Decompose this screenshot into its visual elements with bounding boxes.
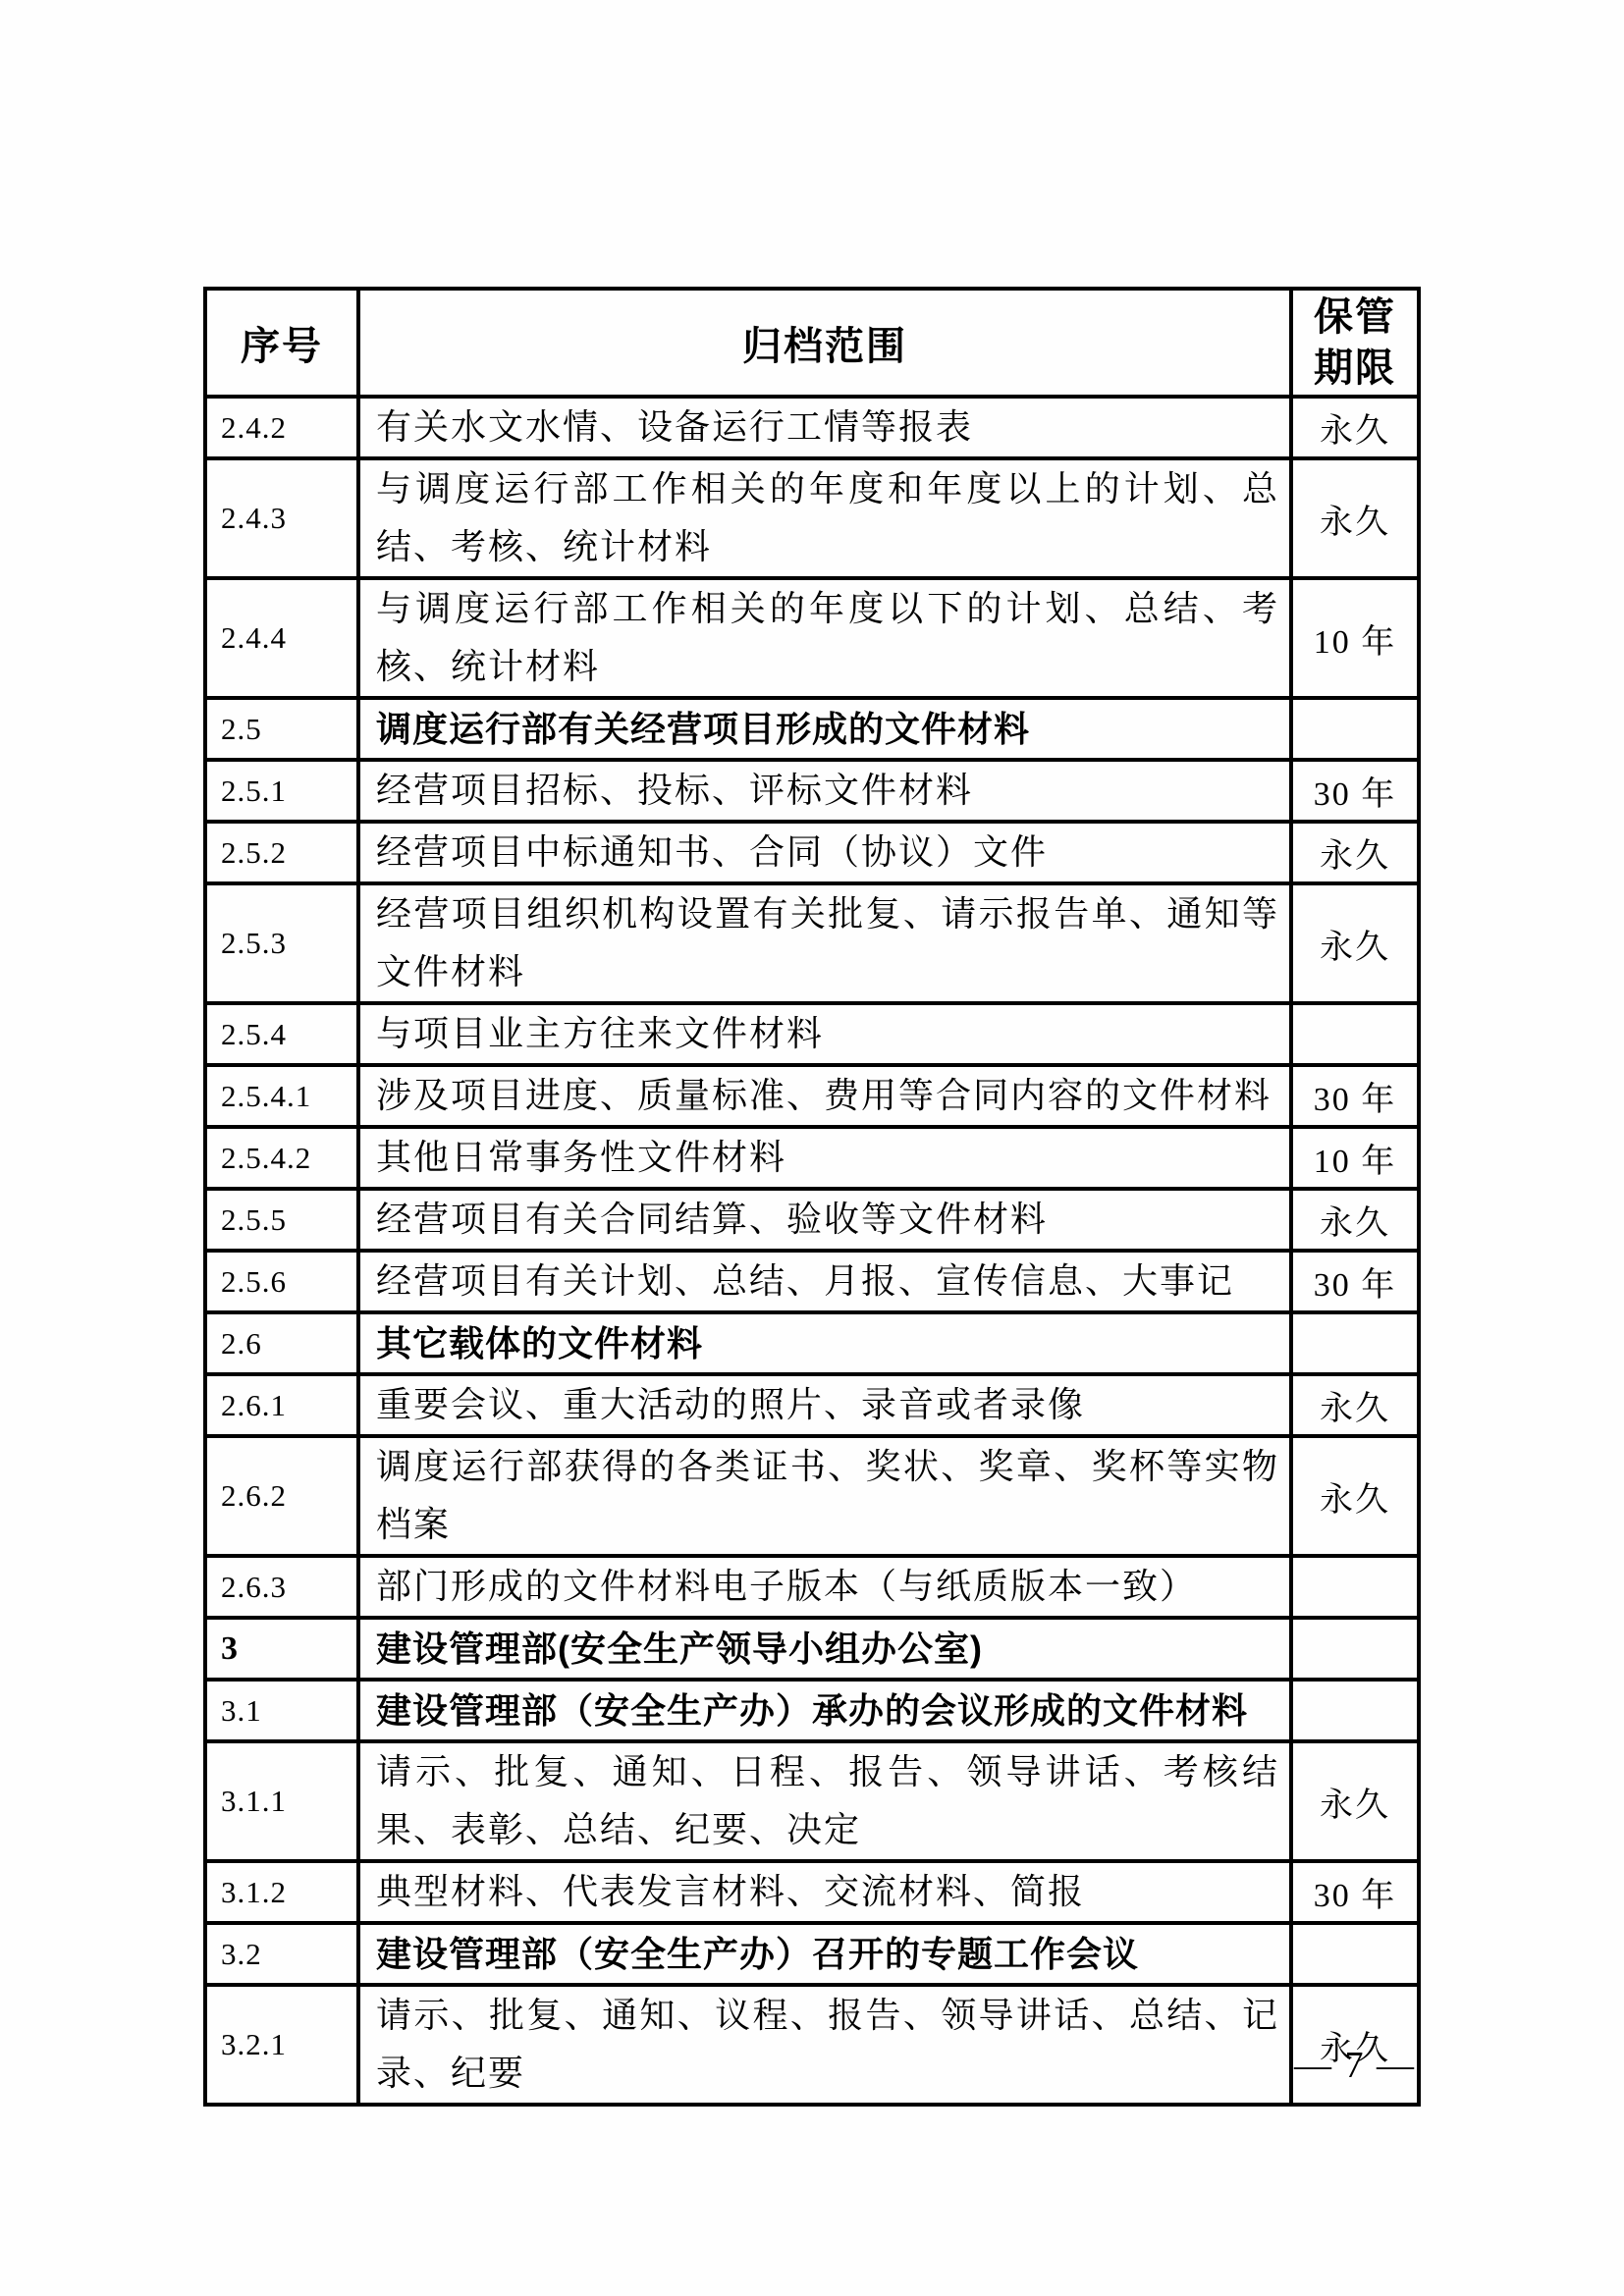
cell-serial-number: 3.1.2 — [205, 1861, 358, 1923]
table-row: 2.4.3与调度运行部工作相关的年度和年度以上的计划、总结、考核、统计材料永久 — [205, 458, 1419, 578]
cell-serial-number: 2.5.4.2 — [205, 1127, 358, 1189]
table-row: 2.5.3经营项目组织机构设置有关批复、请示报告单、通知等文件材料永久 — [205, 883, 1419, 1003]
cell-archive-scope: 部门形成的文件材料电子版本（与纸质版本一致） — [358, 1556, 1291, 1618]
cell-retention-period: 10 年 — [1291, 578, 1419, 698]
cell-retention-period — [1291, 1618, 1419, 1680]
cell-serial-number: 2.5 — [205, 698, 358, 760]
table-row: 3.2建设管理部（安全生产办）召开的专题工作会议 — [205, 1923, 1419, 1985]
cell-retention-period — [1291, 1923, 1419, 1985]
cell-serial-number: 2.5.3 — [205, 883, 358, 1003]
table-body: 2.4.2有关水文水情、设备运行工情等报表永久2.4.3与调度运行部工作相关的年… — [205, 397, 1419, 2105]
cell-archive-scope: 经营项目有关计划、总结、月报、宣传信息、大事记 — [358, 1251, 1291, 1312]
cell-retention-period: 永久 — [1291, 458, 1419, 578]
table-row: 2.6.1重要会议、重大活动的照片、录音或者录像永久 — [205, 1374, 1419, 1436]
cell-retention-period: 永久 — [1291, 1374, 1419, 1436]
cell-retention-period — [1291, 698, 1419, 760]
cell-serial-number: 3.1.1 — [205, 1741, 358, 1861]
cell-serial-number: 3.2.1 — [205, 1985, 358, 2105]
cell-serial-number: 3.1 — [205, 1680, 358, 1741]
table-header-row: 序号 归档范围 保管期限 — [205, 289, 1419, 397]
cell-retention-period: 30 年 — [1291, 1251, 1419, 1312]
document-page: 序号 归档范围 保管期限 2.4.2有关水文水情、设备运行工情等报表永久2.4.… — [0, 0, 1624, 2296]
cell-archive-scope: 建设管理部（安全生产办）召开的专题工作会议 — [358, 1923, 1291, 1985]
table-row: 3建设管理部(安全生产领导小组办公室) — [205, 1618, 1419, 1680]
cell-retention-period — [1291, 1556, 1419, 1618]
cell-serial-number: 2.4.4 — [205, 578, 358, 698]
cell-retention-period: 30 年 — [1291, 1065, 1419, 1127]
cell-archive-scope: 请示、批复、通知、议程、报告、领导讲话、总结、记录、纪要 — [358, 1985, 1291, 2105]
table-row: 2.5.4与项目业主方往来文件材料 — [205, 1003, 1419, 1065]
header-retention-period-text: 保管期限 — [1308, 292, 1402, 394]
page-number: — 7 — — [1267, 2044, 1443, 2087]
cell-retention-period: 永久 — [1291, 397, 1419, 458]
cell-retention-period: 30 年 — [1291, 1861, 1419, 1923]
table-row: 3.1.1请示、批复、通知、日程、报告、领导讲话、考核结果、表彰、总结、纪要、决… — [205, 1741, 1419, 1861]
cell-retention-period — [1291, 1003, 1419, 1065]
cell-retention-period — [1291, 1680, 1419, 1741]
cell-retention-period: 30 年 — [1291, 760, 1419, 822]
table-row: 2.6.3部门形成的文件材料电子版本（与纸质版本一致） — [205, 1556, 1419, 1618]
table-row: 3.1建设管理部（安全生产办）承办的会议形成的文件材料 — [205, 1680, 1419, 1741]
cell-serial-number: 2.5.4 — [205, 1003, 358, 1065]
cell-serial-number: 3 — [205, 1618, 358, 1680]
cell-archive-scope: 调度运行部有关经营项目形成的文件材料 — [358, 698, 1291, 760]
cell-retention-period: 永久 — [1291, 1189, 1419, 1251]
cell-serial-number: 2.5.5 — [205, 1189, 358, 1251]
cell-archive-scope: 重要会议、重大活动的照片、录音或者录像 — [358, 1374, 1291, 1436]
cell-serial-number: 2.5.6 — [205, 1251, 358, 1312]
table-row: 3.2.1请示、批复、通知、议程、报告、领导讲话、总结、记录、纪要永久 — [205, 1985, 1419, 2105]
header-serial-number: 序号 — [205, 289, 358, 397]
table-row: 2.6.2调度运行部获得的各类证书、奖状、奖章、奖杯等实物档案永久 — [205, 1436, 1419, 1556]
cell-serial-number: 2.5.1 — [205, 760, 358, 822]
table-row: 2.5.5经营项目有关合同结算、验收等文件材料永久 — [205, 1189, 1419, 1251]
cell-archive-scope: 典型材料、代表发言材料、交流材料、简报 — [358, 1861, 1291, 1923]
cell-serial-number: 2.6.1 — [205, 1374, 358, 1436]
cell-archive-scope: 调度运行部获得的各类证书、奖状、奖章、奖杯等实物档案 — [358, 1436, 1291, 1556]
cell-archive-scope: 涉及项目进度、质量标准、费用等合同内容的文件材料 — [358, 1065, 1291, 1127]
table-row: 2.5.4.1涉及项目进度、质量标准、费用等合同内容的文件材料30 年 — [205, 1065, 1419, 1127]
cell-serial-number: 3.2 — [205, 1923, 358, 1985]
table-row: 2.5.1经营项目招标、投标、评标文件材料30 年 — [205, 760, 1419, 822]
cell-archive-scope: 经营项目组织机构设置有关批复、请示报告单、通知等文件材料 — [358, 883, 1291, 1003]
cell-retention-period: 永久 — [1291, 1436, 1419, 1556]
cell-archive-scope: 经营项目中标通知书、合同（协议）文件 — [358, 822, 1291, 883]
cell-archive-scope: 其它载体的文件材料 — [358, 1312, 1291, 1374]
table-row: 2.5调度运行部有关经营项目形成的文件材料 — [205, 698, 1419, 760]
cell-archive-scope: 建设管理部(安全生产领导小组办公室) — [358, 1618, 1291, 1680]
cell-archive-scope: 其他日常事务性文件材料 — [358, 1127, 1291, 1189]
table-row: 2.6其它载体的文件材料 — [205, 1312, 1419, 1374]
header-archive-scope: 归档范围 — [358, 289, 1291, 397]
table-row: 2.4.4与调度运行部工作相关的年度以下的计划、总结、考核、统计材料10 年 — [205, 578, 1419, 698]
cell-archive-scope: 经营项目招标、投标、评标文件材料 — [358, 760, 1291, 822]
cell-archive-scope: 有关水文水情、设备运行工情等报表 — [358, 397, 1291, 458]
cell-archive-scope: 与调度运行部工作相关的年度以下的计划、总结、考核、统计材料 — [358, 578, 1291, 698]
cell-retention-period: 永久 — [1291, 822, 1419, 883]
cell-serial-number: 2.6.2 — [205, 1436, 358, 1556]
archive-scope-table: 序号 归档范围 保管期限 2.4.2有关水文水情、设备运行工情等报表永久2.4.… — [203, 287, 1421, 2107]
cell-retention-period: 永久 — [1291, 883, 1419, 1003]
cell-serial-number: 2.6.3 — [205, 1556, 358, 1618]
cell-archive-scope: 经营项目有关合同结算、验收等文件材料 — [358, 1189, 1291, 1251]
cell-serial-number: 2.5.4.1 — [205, 1065, 358, 1127]
table-row: 2.5.6经营项目有关计划、总结、月报、宣传信息、大事记30 年 — [205, 1251, 1419, 1312]
table-row: 2.4.2有关水文水情、设备运行工情等报表永久 — [205, 397, 1419, 458]
cell-archive-scope: 请示、批复、通知、日程、报告、领导讲话、考核结果、表彰、总结、纪要、决定 — [358, 1741, 1291, 1861]
cell-serial-number: 2.4.2 — [205, 397, 358, 458]
cell-retention-period — [1291, 1312, 1419, 1374]
header-retention-period: 保管期限 — [1291, 289, 1419, 397]
cell-archive-scope: 建设管理部（安全生产办）承办的会议形成的文件材料 — [358, 1680, 1291, 1741]
table-row: 2.5.4.2其他日常事务性文件材料10 年 — [205, 1127, 1419, 1189]
cell-archive-scope: 与调度运行部工作相关的年度和年度以上的计划、总结、考核、统计材料 — [358, 458, 1291, 578]
table-row: 2.5.2经营项目中标通知书、合同（协议）文件永久 — [205, 822, 1419, 883]
cell-serial-number: 2.5.2 — [205, 822, 358, 883]
cell-retention-period: 10 年 — [1291, 1127, 1419, 1189]
cell-retention-period: 永久 — [1291, 1741, 1419, 1861]
cell-archive-scope: 与项目业主方往来文件材料 — [358, 1003, 1291, 1065]
table-row: 3.1.2典型材料、代表发言材料、交流材料、简报30 年 — [205, 1861, 1419, 1923]
cell-serial-number: 2.6 — [205, 1312, 358, 1374]
cell-serial-number: 2.4.3 — [205, 458, 358, 578]
